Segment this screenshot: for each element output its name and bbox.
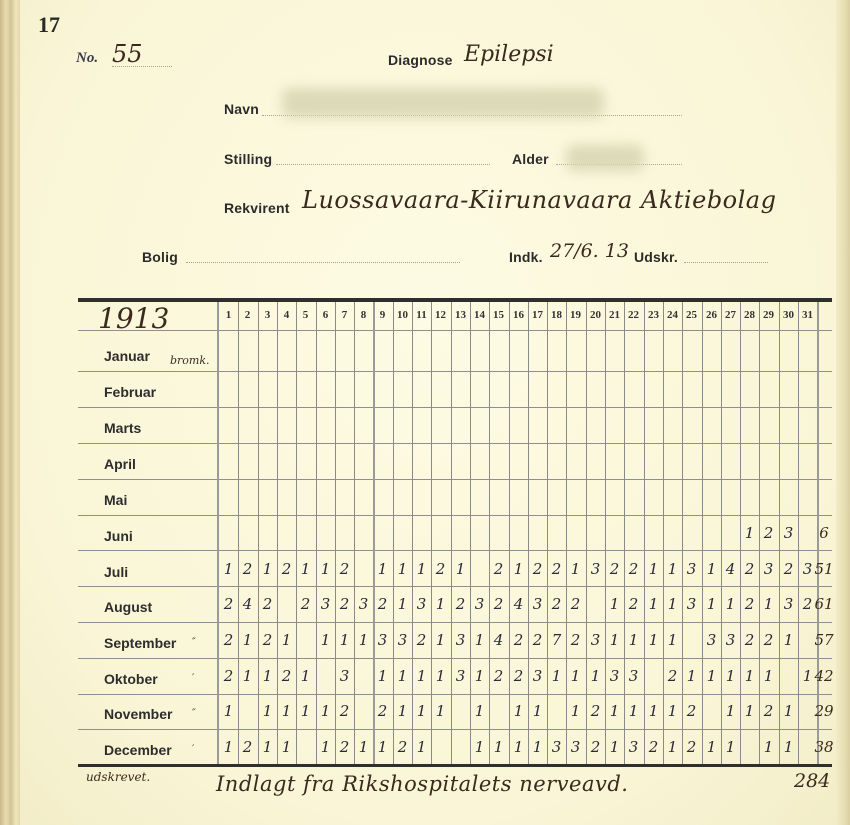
day-count-cell: 1 [354,738,373,756]
year-cell: 1913 [98,302,169,335]
day-count-cell: 1 [624,631,643,649]
day-count-cell: 2 [277,560,296,578]
page-edge [836,0,850,825]
day-header: 7 [335,309,354,321]
day-count-cell: 1 [740,524,759,542]
day-header: 14 [470,309,489,321]
alder-label: Alder [512,151,549,167]
month-label: November [104,706,172,722]
month-note: bromk. [170,354,210,367]
day-count-cell: 2 [335,560,354,578]
day-count-cell: 2 [566,595,585,613]
row-divider [78,371,832,372]
day-count-cell: 2 [238,738,257,756]
day-count-cell: 2 [431,560,450,578]
day-count-cell: 1 [412,738,431,756]
day-header: 20 [586,309,605,321]
day-count-cell: 1 [238,667,257,685]
day-count-cell: 1 [759,595,778,613]
rekvirent-value: Luossavaara-Kiirunavaara Aktiebolag [302,186,776,214]
month-note: ″ [192,637,196,648]
month-total: 57 [812,631,836,649]
day-count-cell: 2 [740,560,759,578]
day-header: 1 [219,309,238,321]
bolig-line [186,262,460,263]
day-count-cell: 1 [470,702,489,720]
column-divider [682,302,683,764]
day-count-cell: 1 [779,738,798,756]
day-count-cell: 1 [219,702,238,720]
day-count-cell: 3 [528,595,547,613]
day-count-cell: 1 [566,702,585,720]
day-header: 16 [509,309,528,321]
day-count-cell: 3 [316,595,335,613]
day-count-cell: 1 [373,738,392,756]
day-count-cell: 1 [296,667,315,685]
day-count-cell: 3 [682,560,701,578]
month-label: Juni [104,528,133,544]
day-header: 27 [721,309,740,321]
day-count-cell: 1 [644,560,663,578]
grand-total: 284 [794,770,830,792]
day-header: 13 [451,309,470,321]
month-label: Januar [104,348,150,364]
day-count-cell: 1 [663,738,682,756]
day-count-cell: 1 [219,738,238,756]
row-divider [78,694,832,695]
day-count-cell: 3 [451,631,470,649]
day-count-cell: 3 [605,667,624,685]
day-count-cell: 1 [296,560,315,578]
column-divider [412,302,413,764]
row-divider [78,479,832,480]
month-note: ′ [192,673,194,684]
column-divider [509,302,510,764]
day-count-cell: 2 [547,595,566,613]
record-number-value: 55 [112,40,143,68]
day-count-cell: 1 [663,702,682,720]
stilling-line [276,164,490,165]
day-header: 10 [393,309,412,321]
day-count-cell: 1 [296,702,315,720]
day-count-cell: 1 [219,560,238,578]
column-divider [566,302,567,764]
day-count-cell: 1 [258,738,277,756]
month-note: ″ [192,708,196,719]
day-count-cell: 2 [373,595,392,613]
indk-value: 27/6. 13 [550,240,629,262]
day-count-cell: 1 [258,667,277,685]
day-count-cell: 1 [702,595,721,613]
day-count-cell: 2 [528,631,547,649]
day-count-cell: 2 [779,560,798,578]
row-divider [78,622,832,623]
day-count-cell: 4 [489,631,508,649]
day-count-cell: 3 [354,595,373,613]
column-divider [470,302,471,764]
day-count-cell: 2 [219,667,238,685]
day-count-cell: 1 [644,595,663,613]
day-header: 11 [412,309,431,321]
column-divider [335,302,336,764]
day-count-cell: 2 [489,595,508,613]
day-count-cell: 1 [354,631,373,649]
record-number-label: No. [76,50,98,67]
day-count-cell: 1 [470,738,489,756]
day-count-cell: 1 [509,738,528,756]
day-count-cell: 1 [431,595,450,613]
day-count-cell: 1 [470,631,489,649]
column-divider [721,302,722,764]
day-count-cell: 2 [566,631,585,649]
day-count-cell: 3 [586,560,605,578]
day-header: 9 [373,309,392,321]
month-total: 61 [812,595,836,613]
day-header: 30 [779,309,798,321]
day-count-cell: 1 [682,667,701,685]
day-count-cell: 2 [489,560,508,578]
column-divider [663,302,664,764]
day-count-cell: 1 [528,702,547,720]
day-count-cell: 2 [682,738,701,756]
diagnose-value: Epilepsi [464,42,554,67]
column-divider [702,302,703,764]
day-count-cell: 1 [721,595,740,613]
day-count-cell: 2 [509,631,528,649]
column-divider [258,302,259,764]
day-count-cell: 2 [605,560,624,578]
day-count-cell: 3 [547,738,566,756]
day-header: 6 [316,309,335,321]
day-count-cell: 2 [335,702,354,720]
day-count-cell: 1 [335,631,354,649]
day-count-cell: 2 [547,560,566,578]
day-count-cell: 2 [509,667,528,685]
day-count-cell: 1 [702,738,721,756]
day-count-cell: 3 [682,595,701,613]
row-divider [78,586,832,587]
day-count-cell: 2 [759,631,778,649]
month-total: 51 [812,560,836,578]
day-count-cell: 1 [759,738,778,756]
day-count-cell: 3 [451,667,470,685]
day-count-cell: 1 [566,560,585,578]
day-count-cell: 7 [547,631,566,649]
day-count-cell: 1 [258,560,277,578]
day-count-cell: 3 [779,595,798,613]
day-count-cell: 2 [393,738,412,756]
day-count-cell: 3 [586,631,605,649]
day-header: 22 [624,309,643,321]
day-count-cell: 3 [470,595,489,613]
day-count-cell: 1 [721,702,740,720]
day-header: 21 [605,309,624,321]
day-count-cell: 2 [740,631,759,649]
day-count-cell: 1 [624,702,643,720]
day-count-cell: 1 [702,667,721,685]
column-divider [624,302,625,764]
day-header: 5 [296,309,315,321]
day-count-cell: 1 [238,631,257,649]
month-label: Oktober [104,671,158,687]
column-divider [373,302,375,764]
day-header: 23 [644,309,663,321]
day-count-cell: 1 [412,702,431,720]
day-header: 18 [547,309,566,321]
day-count-cell: 1 [431,631,450,649]
month-label: Februar [104,384,156,400]
page-number: 17 [38,12,60,38]
table-top-rule [78,298,832,302]
day-count-cell: 1 [489,738,508,756]
day-count-cell: 2 [335,595,354,613]
day-count-cell: 1 [605,738,624,756]
row-divider [78,550,832,551]
day-count-cell: 3 [393,631,412,649]
day-count-cell: 2 [740,595,759,613]
day-count-cell: 1 [277,631,296,649]
day-count-cell: 3 [779,524,798,542]
month-label: Mai [104,492,127,508]
day-count-cell: 1 [721,667,740,685]
day-count-cell: 3 [373,631,392,649]
record-number-line [112,66,172,67]
day-header: 17 [528,309,547,321]
month-label: April [104,456,136,472]
row-divider [78,658,832,659]
day-count-cell: 2 [644,738,663,756]
month-total: 29 [812,702,836,720]
indk-label: Indk. [509,249,543,265]
diagnose-label: Diagnose [388,52,453,68]
day-count-cell: 3 [624,738,643,756]
day-header: 4 [277,309,296,321]
day-count-cell: 1 [316,631,335,649]
day-count-cell: 1 [277,738,296,756]
day-count-cell: 1 [779,631,798,649]
day-count-cell: 3 [528,667,547,685]
day-count-cell: 1 [663,595,682,613]
day-count-cell: 1 [451,560,470,578]
stilling-label: Stilling [224,151,272,167]
column-divider [489,302,490,764]
column-divider [393,302,394,764]
discharge-status: udskrevet. [86,770,150,784]
day-count-cell: 1 [373,667,392,685]
day-count-cell: 2 [528,560,547,578]
day-count-cell: 1 [316,560,335,578]
book-binding [0,0,20,825]
day-count-cell: 1 [702,560,721,578]
admission-remark: Indlagt fra Rikshospitalets nerveavd. [216,772,628,796]
day-count-cell: 2 [296,595,315,613]
day-count-cell: 1 [566,667,585,685]
column-divider [528,302,529,764]
day-count-cell: 2 [219,631,238,649]
row-divider [78,407,832,408]
month-label: Juli [104,564,128,580]
day-count-cell: 1 [412,667,431,685]
day-count-cell: 3 [566,738,585,756]
day-count-cell: 3 [624,667,643,685]
column-divider [296,302,297,764]
day-header: 31 [798,309,817,321]
day-count-cell: 1 [663,631,682,649]
day-count-cell: 2 [759,524,778,542]
table-bottom-rule [78,764,832,767]
day-count-cell: 2 [335,738,354,756]
month-label: August [104,599,152,615]
day-count-cell: 4 [238,595,257,613]
month-total: 6 [812,524,836,542]
day-header: 8 [354,309,373,321]
day-header: 29 [759,309,778,321]
day-count-cell: 2 [258,631,277,649]
day-header: 2 [238,309,257,321]
day-count-cell: 1 [644,631,663,649]
day-count-cell: 1 [721,738,740,756]
day-count-cell: 1 [431,667,450,685]
day-count-cell: 1 [740,702,759,720]
column-divider [547,302,548,764]
day-header: 19 [566,309,585,321]
column-divider [586,302,587,764]
udskr-label: Udskr. [634,249,678,265]
day-count-cell: 2 [586,702,605,720]
navn-label: Navn [224,101,259,117]
day-count-cell: 1 [528,738,547,756]
day-count-cell: 1 [393,595,412,613]
month-label: September [104,635,176,651]
day-count-cell: 2 [219,595,238,613]
day-count-cell: 1 [547,667,566,685]
column-divider [605,302,606,764]
day-count-cell: 2 [412,631,431,649]
day-count-cell: 4 [509,595,528,613]
day-count-cell: 2 [451,595,470,613]
navn-redacted [282,88,604,118]
column-divider [316,302,317,764]
day-count-cell: 1 [258,702,277,720]
day-count-cell: 2 [489,667,508,685]
day-count-cell: 1 [779,702,798,720]
alder-redacted [566,145,644,171]
day-count-cell: 2 [258,595,277,613]
day-count-cell: 4 [721,560,740,578]
day-count-cell: 1 [509,702,528,720]
day-count-cell: 1 [605,702,624,720]
day-header: 15 [489,309,508,321]
day-count-cell: 1 [509,560,528,578]
column-divider [277,302,278,764]
day-count-cell: 1 [759,667,778,685]
day-count-cell: 1 [431,702,450,720]
day-count-cell: 2 [624,595,643,613]
day-count-cell: 2 [277,667,296,685]
row-divider [78,330,832,331]
day-count-cell: 1 [740,667,759,685]
day-count-cell: 1 [277,702,296,720]
day-header: 25 [682,309,701,321]
day-count-cell: 1 [605,595,624,613]
column-divider [798,302,799,764]
month-note: ′ [192,744,194,755]
day-count-cell: 2 [624,560,643,578]
day-count-cell: 2 [682,702,701,720]
day-header: 24 [663,309,682,321]
column-divider [431,302,432,764]
day-header: 26 [702,309,721,321]
day-count-cell: 2 [663,667,682,685]
day-count-cell: 2 [586,738,605,756]
day-count-cell: 1 [393,702,412,720]
day-count-cell: 3 [335,667,354,685]
day-count-cell: 3 [759,560,778,578]
column-divider [217,302,219,764]
day-count-cell: 1 [316,702,335,720]
day-count-cell: 1 [586,667,605,685]
day-header: 28 [740,309,759,321]
day-count-cell: 1 [644,702,663,720]
day-count-cell: 2 [373,702,392,720]
udskr-line [684,262,768,263]
day-count-cell: 2 [759,702,778,720]
day-count-cell: 1 [605,631,624,649]
rekvirent-label: Rekvirent [224,200,290,216]
column-divider [354,302,355,764]
day-header: 12 [431,309,450,321]
month-label: December [104,742,172,758]
day-count-cell: 1 [373,560,392,578]
column-divider [451,302,452,764]
month-label: Marts [104,420,141,436]
month-total: 38 [812,738,836,756]
day-count-cell: 3 [412,595,431,613]
day-count-cell: 3 [721,631,740,649]
day-count-cell: 1 [470,667,489,685]
row-divider [78,443,832,444]
day-count-cell: 3 [702,631,721,649]
day-count-cell: 1 [316,738,335,756]
bolig-label: Bolig [142,249,178,265]
day-count-cell: 1 [412,560,431,578]
day-count-cell: 1 [663,560,682,578]
row-divider [78,729,832,730]
column-divider [644,302,645,764]
day-header: 3 [258,309,277,321]
day-count-cell: 1 [393,560,412,578]
day-count-cell: 2 [238,560,257,578]
row-divider [78,515,832,516]
month-total: 42 [812,667,836,685]
day-count-cell: 1 [393,667,412,685]
column-divider [238,302,239,764]
